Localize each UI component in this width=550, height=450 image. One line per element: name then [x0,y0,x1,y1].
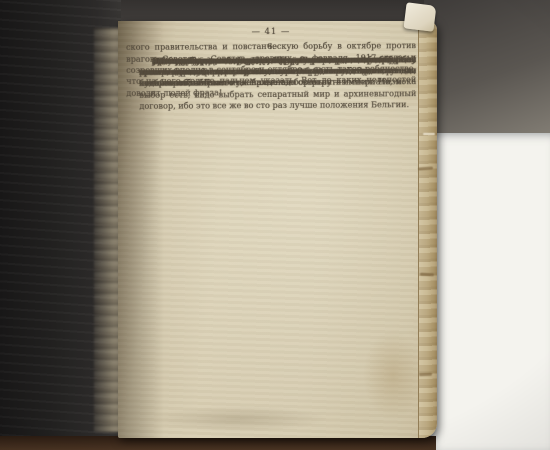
text-column: — 41 — ского правительства и повстанческ… [126,25,416,55]
background-right-white [429,133,550,450]
table-surface [0,436,436,450]
body-text: . Поэтому... поэтому рассуждают «революц… [139,54,416,78]
book-photo: — 41 — ского правительства и повстанческ… [0,0,550,450]
page-number: — 41 — [126,25,416,38]
fore-edge-crease [423,133,435,135]
fore-edge-notch [419,373,432,376]
background-right-dark [424,0,550,138]
paragraph: ского правительства и повстанческую борь… [126,40,416,42]
